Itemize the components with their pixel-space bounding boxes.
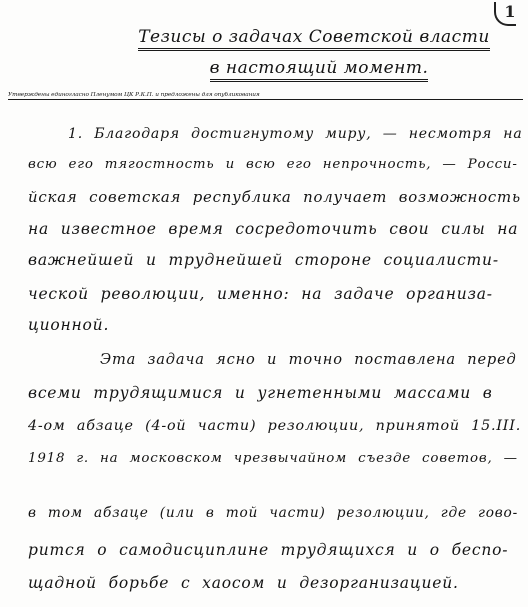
title-text-1: Тезисы о задачах Советской власти [138, 27, 490, 51]
body-line: щадной борьбе с хаосом и дезорганизацией… [28, 574, 459, 592]
body-line: 4-ом абзаце (4-ой части) резолюции, прин… [28, 418, 521, 434]
subtitle-note: Утверждены единогласно Пленумом ЦК Р.К.П… [8, 92, 523, 100]
title-line-1: Тезисы о задачах Советской власти [0, 27, 528, 51]
body-line: рится о самодисциплине трудящихся и о бе… [28, 541, 508, 559]
body-line: 1. Благодаря достигнутому миру, — несмот… [68, 126, 522, 142]
title-line-2: в настоящий момент. [0, 58, 528, 82]
body-line: на известное время сосредоточить свои си… [28, 220, 518, 238]
body-line: ционной. [28, 316, 109, 334]
body-line: йская советская республика получает возм… [28, 188, 521, 206]
title-text-2: в настоящий момент. [210, 58, 429, 82]
body-line: Эта задача ясно и точно поставлена перед [100, 351, 517, 368]
manuscript-page: 1 Тезисы о задачах Советской власти в на… [0, 0, 528, 607]
body-line: ческой революции, именно: на задаче орга… [28, 285, 493, 303]
body-line: важнейшей и труднейшей стороне социалист… [28, 251, 499, 269]
body-line: 1918 г. на московском чрезвычайном съезд… [28, 451, 518, 466]
body-line: всеми трудящимися и угнетенными массами … [28, 384, 493, 402]
page-number: 1 [498, 0, 522, 24]
body-line: в том абзаце (или в той части) резолюции… [28, 505, 518, 521]
body-line: всю его тягостность и всю его непрочност… [28, 157, 518, 172]
